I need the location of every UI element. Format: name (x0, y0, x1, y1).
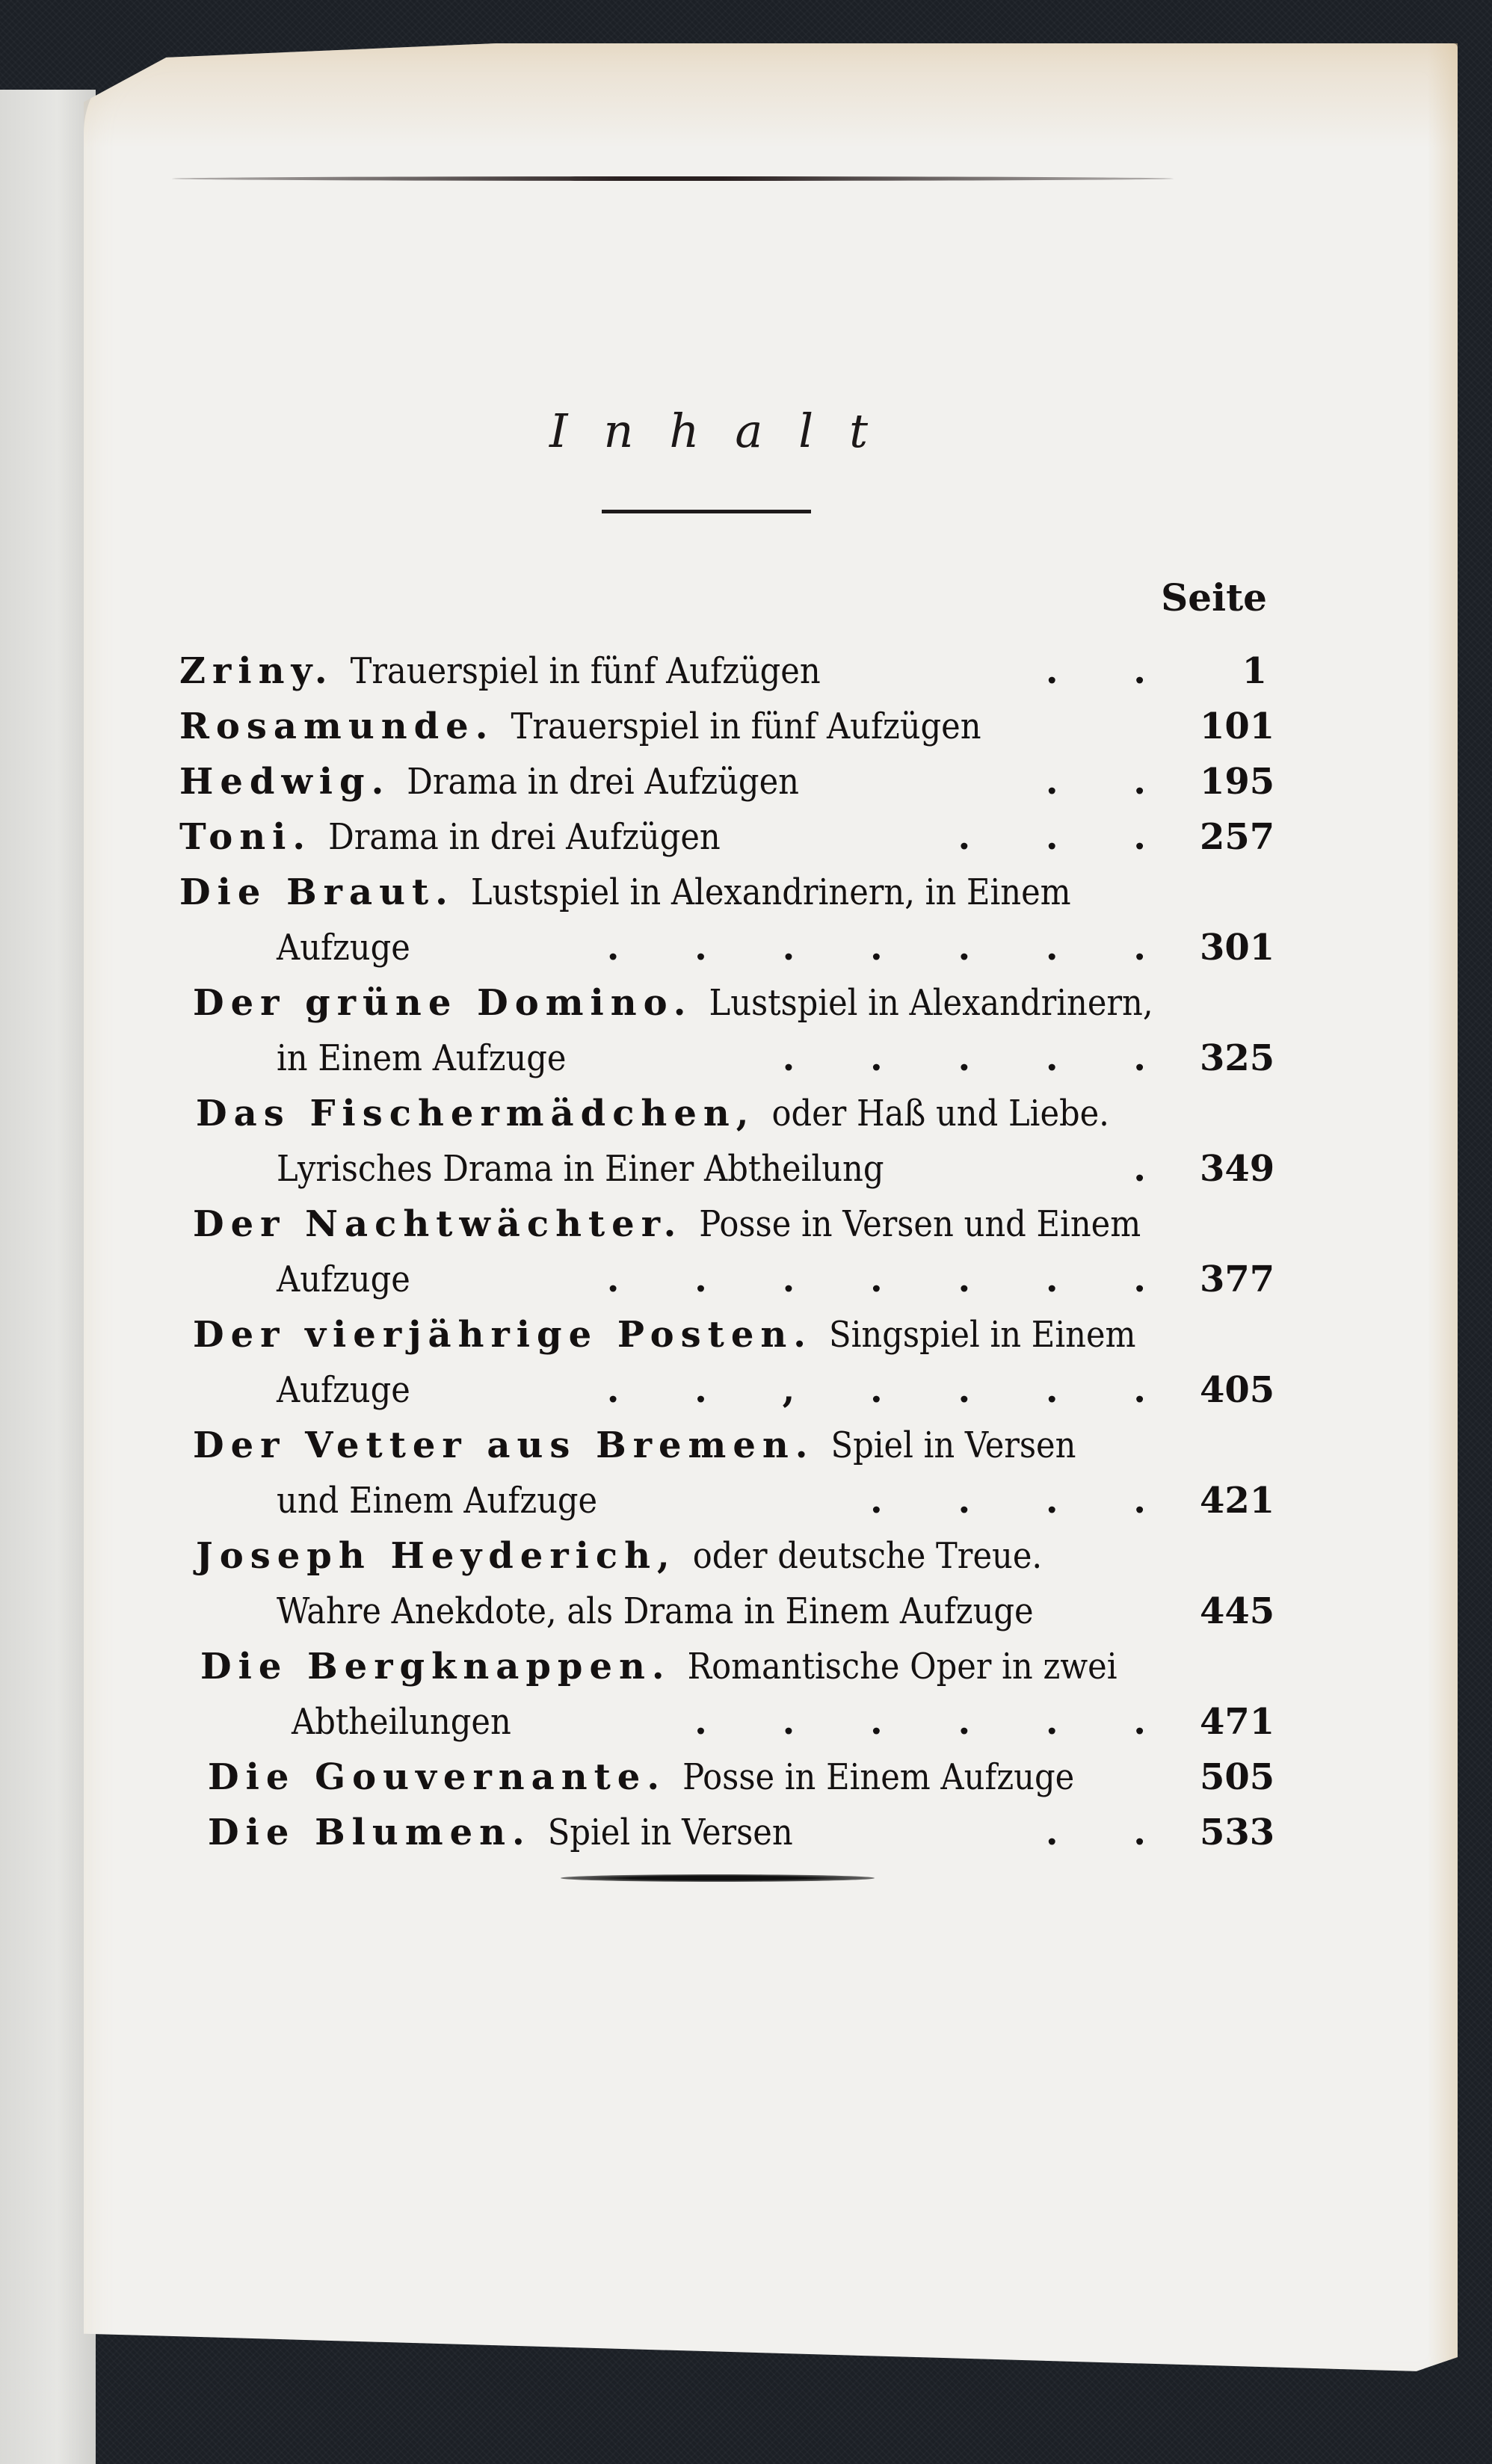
toc-entry: Die Blumen. Spiel in Versen . . 533 (208, 1812, 1267, 1864)
entry-page-number: 421 (1200, 1480, 1267, 1522)
entry-page-number: 445 (1200, 1590, 1267, 1632)
entry-description: und Einem Aufzuge (277, 1480, 597, 1522)
leader-dots: . . . . . . . (410, 1259, 1200, 1300)
entry-description: Trauerspiel in fünf Aufzügen (351, 650, 821, 692)
toc-entry: Die Gouvernante. Posse in Einem Aufzuge … (208, 1756, 1267, 1809)
entry-title: Der Vetter aus Bremen. (193, 1424, 815, 1466)
entry-page-number: 377 (1200, 1259, 1267, 1300)
entry-page-number: 533 (1200, 1812, 1267, 1853)
toc-entry-continuation: Wahre Anekdote, als Drama in Einem Aufzu… (277, 1590, 1267, 1643)
entry-page-number: 195 (1200, 761, 1267, 803)
leader-dots: . . (821, 650, 1200, 692)
entry-description: Aufzuge (277, 1259, 410, 1300)
entry-description: Spiel in Versen (548, 1812, 793, 1853)
entry-description: oder Haß und Liebe. (771, 1093, 1109, 1134)
entry-page-number: 325 (1200, 1037, 1267, 1079)
page-edge-stain (1428, 43, 1458, 2390)
entry-description: Lustspiel in Alexandrinern, in Einem (471, 871, 1071, 913)
entry-title: Toni. (179, 816, 312, 858)
toc-entry-continuation: in Einem Aufzuge . . . . . 325 (277, 1037, 1267, 1090)
entry-description: Lyrisches Drama in Einer Abtheilung (277, 1148, 884, 1190)
leader-dots: . (884, 1148, 1200, 1190)
toc-entry: Der grüne Domino. Lustspiel in Alexandri… (193, 982, 1280, 1034)
entry-description: Wahre Anekdote, als Drama in Einem Aufzu… (277, 1590, 1034, 1632)
toc-entry: Der Nachtwächter. Posse in Versen und Ei… (193, 1203, 1280, 1256)
entry-description: Posse in Versen und Einem (699, 1203, 1141, 1245)
entry-title: Hedwig. (179, 761, 390, 803)
toc-entry-continuation: Aufzuge . . . . . . . 377 (277, 1259, 1267, 1311)
entry-description: Drama in drei Aufzügen (407, 761, 799, 803)
leader-dots: . . . . . . . (410, 927, 1200, 969)
toc-entry-continuation: Lyrisches Drama in Einer Abtheilung . 34… (277, 1148, 1267, 1200)
leader-dots: . . . . . . (511, 1701, 1200, 1743)
toc-entry: Der Vetter aus Bremen. Spiel in Versen (193, 1424, 1280, 1477)
leader-dots: . . . . (597, 1480, 1200, 1522)
entry-description: Abtheilungen (292, 1701, 511, 1743)
top-ornamental-rule (172, 176, 1174, 181)
entry-title: Die Blumen. (208, 1812, 531, 1853)
toc-entry-continuation: Abtheilungen . . . . . . 471 (292, 1701, 1267, 1753)
title-underline-rule (602, 510, 811, 513)
toc-entry-continuation: Aufzuge . . , . . . . 405 (277, 1369, 1267, 1421)
leader-dots: . . . . . (566, 1037, 1200, 1079)
entry-title: Der vierjährige Posten. (193, 1314, 813, 1356)
toc-entry: Hedwig. Drama in drei Aufzügen . . 195 (179, 761, 1267, 813)
toc-entry: Die Bergknappen. Romantische Oper in zwe… (200, 1646, 1288, 1698)
entry-description: Trauerspiel in fünf Aufzügen (511, 705, 981, 747)
entry-page-number: 101 (1200, 705, 1267, 747)
entry-description: Lustspiel in Alexandrinern, (709, 982, 1153, 1024)
leader-dots: . . , . . . . (410, 1369, 1200, 1411)
entry-page-number: 301 (1200, 927, 1267, 969)
toc-entry: Rosamunde. Trauerspiel in fünf Aufzügen … (179, 705, 1267, 758)
leader-dots: . . . (721, 816, 1200, 858)
entry-description: oder deutsche Treue. (693, 1535, 1042, 1577)
toc-entry: Die Braut. Lustspiel in Alexandrinern, i… (179, 871, 1267, 924)
entry-description: in Einem Aufzuge (277, 1037, 566, 1079)
entry-description: Posse in Einem Aufzuge (682, 1756, 1074, 1798)
page-column-label: Seite (1151, 575, 1267, 620)
entry-page-number: 405 (1200, 1369, 1267, 1411)
entry-description: Singspiel in Einem (829, 1314, 1135, 1356)
entry-title: Das Fischermädchen, (196, 1093, 755, 1134)
entry-title: Die Braut. (179, 871, 454, 913)
entry-title: Rosamunde. (179, 705, 494, 747)
bottom-ornamental-rule (561, 1874, 875, 1882)
entry-page-number: 505 (1200, 1756, 1267, 1798)
entry-title: Die Gouvernante. (208, 1756, 666, 1798)
toc-entry: Toni. Drama in drei Aufzügen . . . 257 (179, 816, 1267, 868)
entry-title: Joseph Heyderich, (196, 1535, 676, 1577)
entry-description: Aufzuge (277, 927, 410, 969)
toc-entry: Zriny. Trauerspiel in fünf Aufzügen . . … (179, 650, 1267, 703)
entry-description: Romantische Oper in zwei (688, 1646, 1118, 1688)
entry-title: Die Bergknappen. (200, 1646, 671, 1688)
entry-title: Der grüne Domino. (193, 982, 693, 1024)
leader-dots: . . (793, 1812, 1200, 1853)
entry-title: Der Nachtwächter. (193, 1203, 682, 1245)
entry-page-number: 471 (1200, 1701, 1267, 1743)
toc-entry: Das Fischermädchen, oder Haß und Liebe. (196, 1093, 1283, 1145)
entry-title: Zriny. (179, 650, 334, 692)
entry-description: Spiel in Versen (831, 1424, 1076, 1466)
entry-page-number: 257 (1200, 816, 1267, 858)
toc-entry-continuation: Aufzuge . . . . . . . 301 (277, 927, 1267, 979)
page-foxing (84, 43, 1458, 148)
toc-entry-continuation: und Einem Aufzuge . . . . 421 (277, 1480, 1267, 1532)
leader-dots: . . (799, 761, 1200, 803)
toc-entry: Der vierjährige Posten. Singspiel in Ein… (193, 1314, 1280, 1366)
entry-page-number: 1 (1200, 650, 1267, 692)
toc-entry: Joseph Heyderich, oder deutsche Treue. (196, 1535, 1283, 1587)
entry-page-number: 349 (1200, 1148, 1267, 1190)
entry-description: Drama in drei Aufzügen (328, 816, 721, 858)
entry-description: Aufzuge (277, 1369, 410, 1411)
page-title: Inhalt (0, 404, 1455, 458)
